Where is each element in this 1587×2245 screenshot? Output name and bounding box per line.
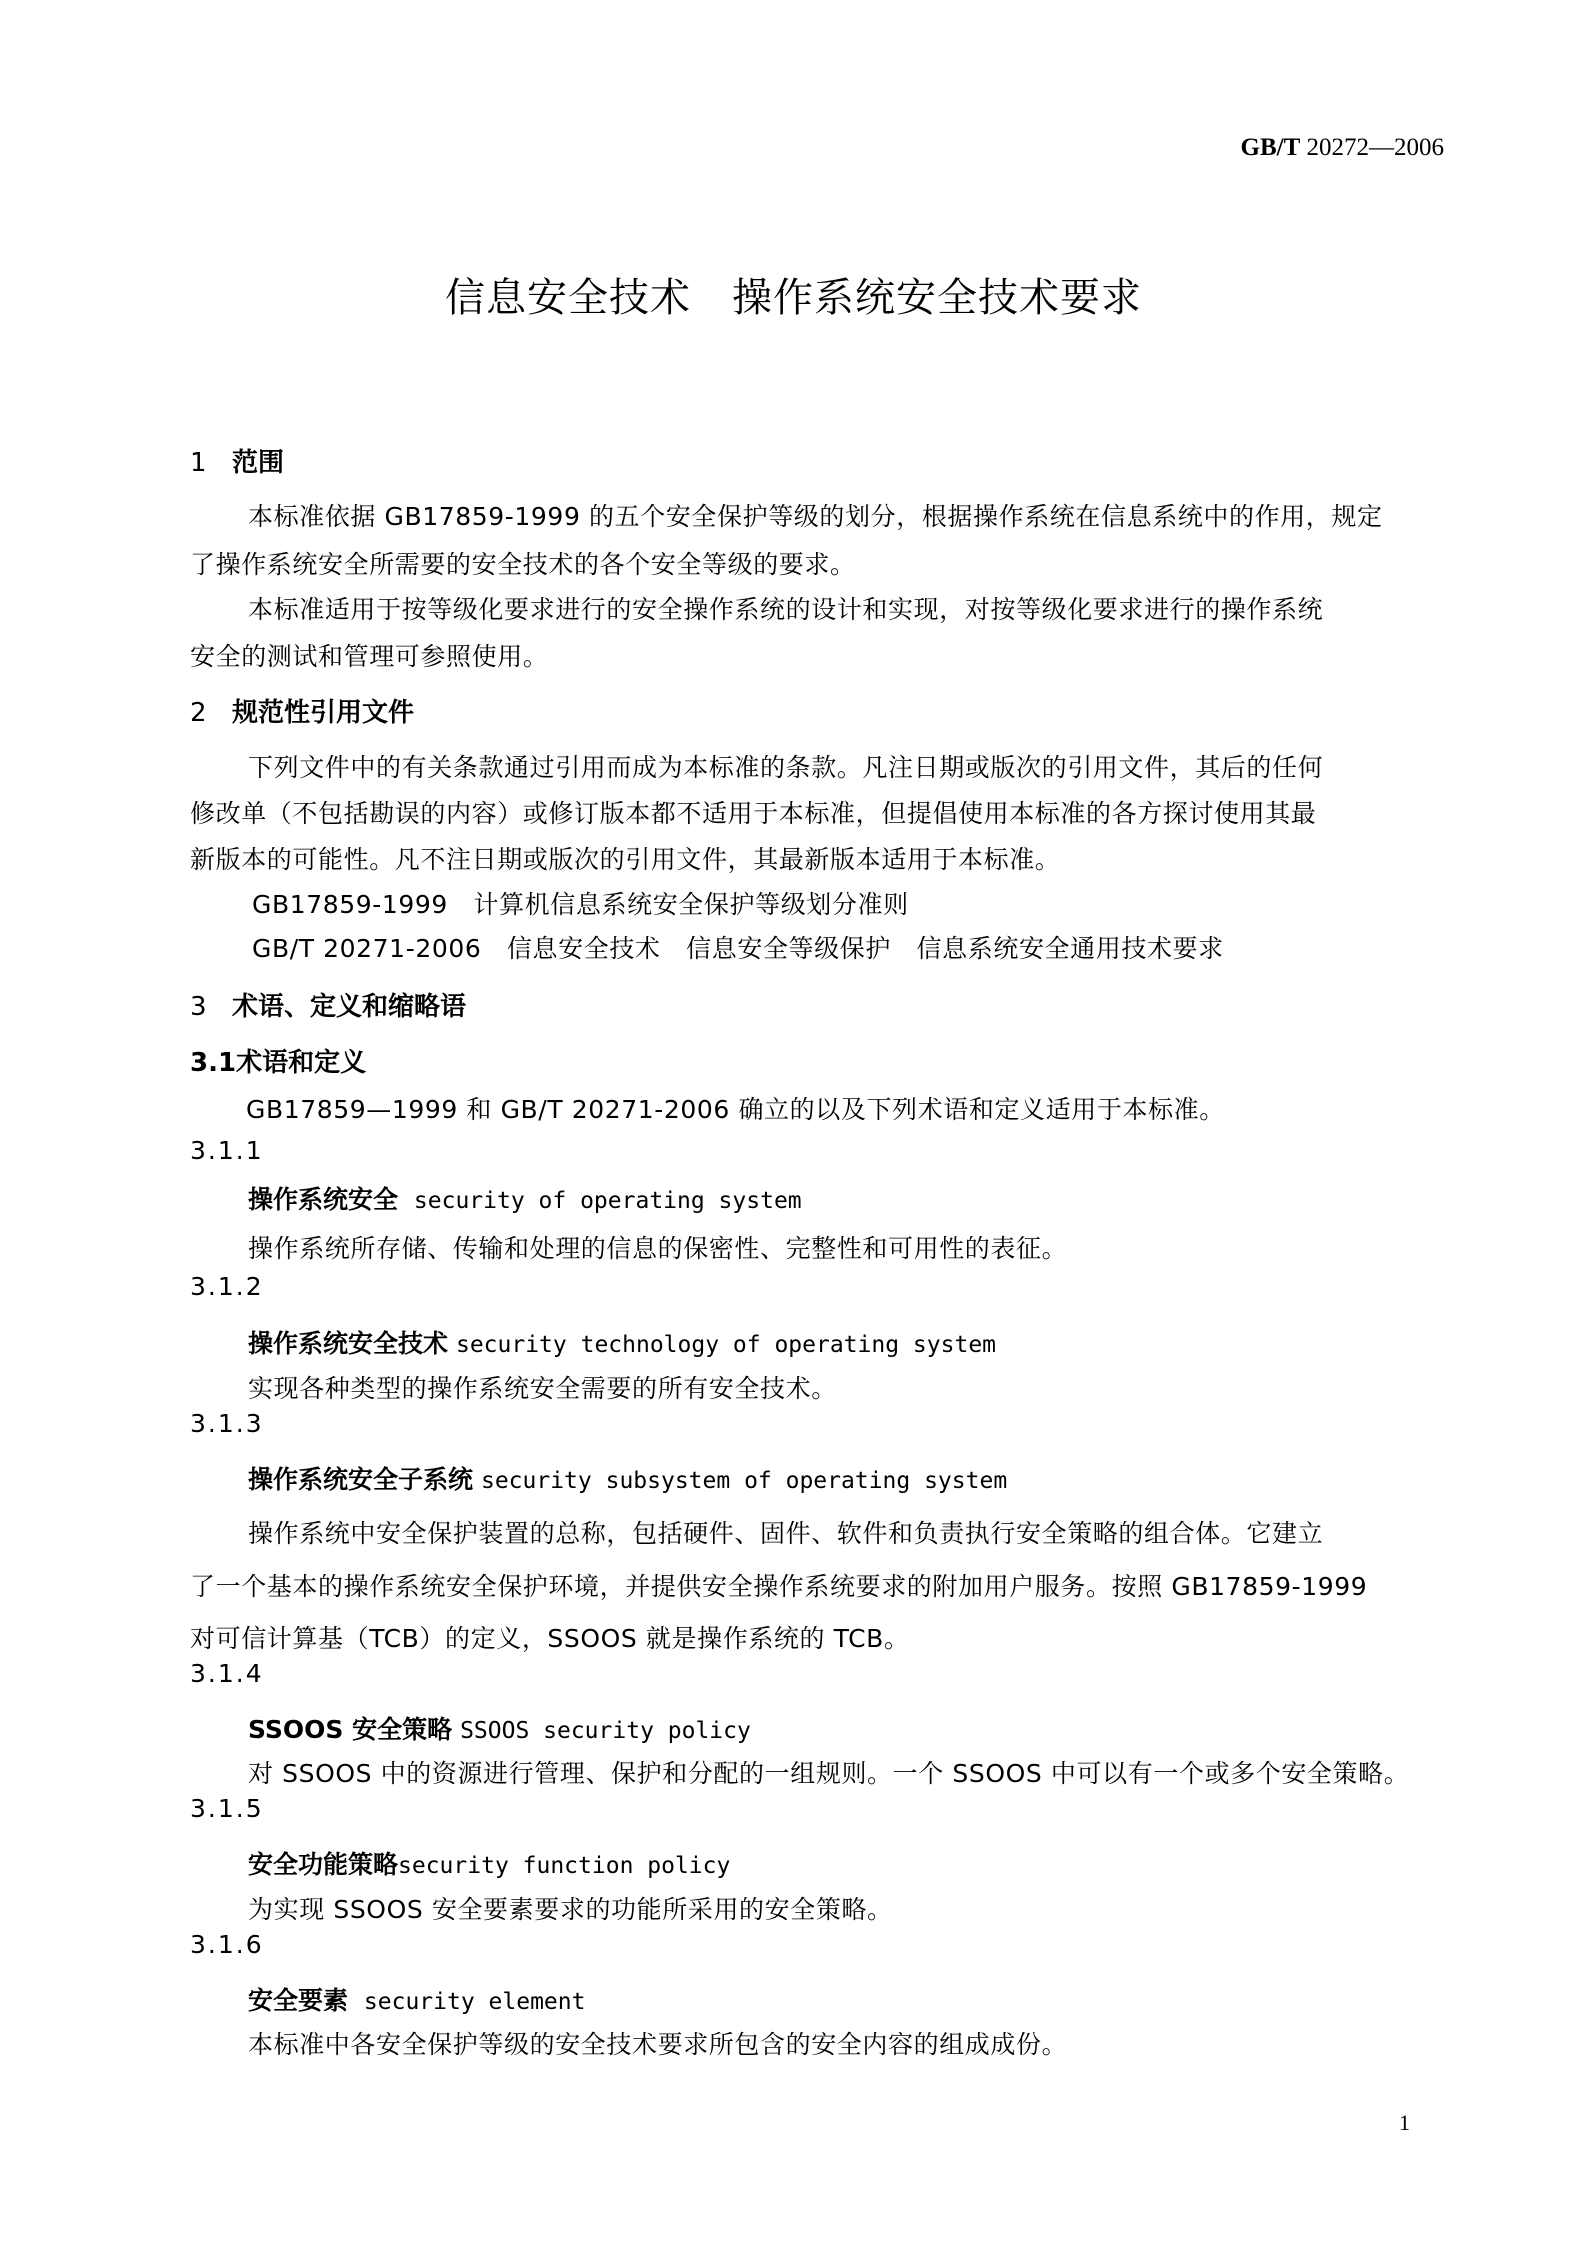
clause-number: 3.1.4 [190,1659,264,1688]
paragraph-line: 修改单（不包括勘误的内容）或修订版本都不适用于本标准，但提倡使用本标准的各方探讨… [190,794,1316,830]
section-number: 3 [190,992,232,1022]
term-entry: 安全要素 security element [248,1981,585,2017]
subsection-3-1-heading: 3.1术语和定义 [190,1042,366,1079]
page-number: 1 [1399,2110,1410,2136]
clause-number: 3.1.1 [190,1136,264,1165]
term-definition: 操作系统所存储、传输和处理的信息的保密性、完整性和可用性的表征。 [248,1229,1067,1265]
term-english: security of operating system [414,1188,802,1214]
term-definition: 了一个基本的操作系统安全保护环境，并提供安全操作系统要求的附加用户服务。按照 G… [190,1567,1367,1603]
standard-code: GB/T 20272—2006 [1241,134,1445,162]
term-chinese: 操作系统安全子系统 [248,1465,473,1494]
paragraph-line: 了操作系统安全所需要的安全技术的各个安全等级的要求。 [190,545,856,581]
section-title: 范围 [232,448,284,478]
term-entry: 操作系统安全子系统 security subsystem of operatin… [248,1460,1007,1496]
normative-reference: GB/T 20271-2006 信息安全技术 信息安全等级保护 信息系统安全通用… [252,929,1224,965]
term-chinese: 安全功能策略 [248,1850,398,1879]
term-entry: SSOOS 安全策略 SSOOS security policy [248,1710,751,1746]
subsection-title: 术语和定义 [236,1048,366,1078]
section-title: 术语、定义和缩略语 [232,992,466,1022]
paragraph-line: 安全的测试和管理可参照使用。 [190,637,548,673]
term-english: security function policy [398,1853,730,1879]
term-entry: 安全功能策略security function policy [248,1845,730,1881]
section-3-heading: 3术语、定义和缩略语 [190,986,466,1023]
paragraph-line: 新版本的可能性。凡不注日期或版次的引用文件，其最新版本适用于本标准。 [190,840,1060,876]
term-english: SSOOS security policy [460,1718,751,1744]
term-entry: 操作系统安全 security of operating system [248,1180,802,1216]
term-definition: 为实现 SSOOS 安全要素要求的功能所采用的安全策略。 [248,1890,893,1926]
term-entry: 操作系统安全技术 security technology of operatin… [248,1324,996,1360]
paragraph-line: 下列文件中的有关条款通过引用而成为本标准的条款。凡注日期或版次的引用文件，其后的… [248,748,1323,784]
term-definition: 操作系统中安全保护装置的总称，包括硬件、固件、软件和负责执行安全策略的组合体。它… [248,1514,1323,1550]
term-definition: 对可信计算基（TCB）的定义，SSOOS 就是操作系统的 TCB。 [190,1619,909,1655]
clause-number: 3.1.6 [190,1930,264,1959]
term-english: security technology of operating system [456,1332,996,1358]
section-2-heading: 2规范性引用文件 [190,692,414,729]
term-english: security subsystem of operating system [481,1468,1007,1494]
term-chinese: 操作系统安全 [248,1185,398,1214]
clause-number: 3.1.3 [190,1409,264,1438]
subsection-intro: GB17859—1999 和 GB/T 20271-2006 确立的以及下列术语… [246,1090,1225,1126]
term-definition: 实现各种类型的操作系统安全需要的所有安全技术。 [248,1369,837,1405]
subsection-number: 3.1 [190,1048,236,1078]
term-definition: 本标准中各安全保护等级的安全技术要求所包含的安全内容的组成成份。 [248,2025,1067,2061]
paragraph-line: 本标准依据 GB17859-1999 的五个安全保护等级的划分，根据操作系统在信… [248,497,1383,533]
term-chinese: SSOOS 安全策略 [248,1715,452,1744]
term-chinese: 操作系统安全技术 [248,1329,448,1358]
section-1-heading: 1范围 [190,442,284,479]
standard-number: 20272—2006 [1307,134,1445,161]
standard-prefix: GB/T [1241,134,1301,161]
paragraph-line: 本标准适用于按等级化要求进行的安全操作系统的设计和实现，对按等级化要求进行的操作… [248,590,1323,626]
section-title: 规范性引用文件 [232,698,414,728]
section-number: 2 [190,698,232,728]
normative-reference: GB17859-1999 计算机信息系统安全保护等级划分准则 [252,885,909,921]
document-title: 信息安全技术 操作系统安全技术要求 [0,266,1587,323]
term-english: security element [364,1989,586,2015]
clause-number: 3.1.2 [190,1272,264,1301]
section-number: 1 [190,448,232,478]
term-definition: 对 SSOOS 中的资源进行管理、保护和分配的一组规则。一个 SSOOS 中可以… [248,1754,1409,1790]
term-chinese: 安全要素 [248,1986,348,2015]
clause-number: 3.1.5 [190,1794,264,1823]
